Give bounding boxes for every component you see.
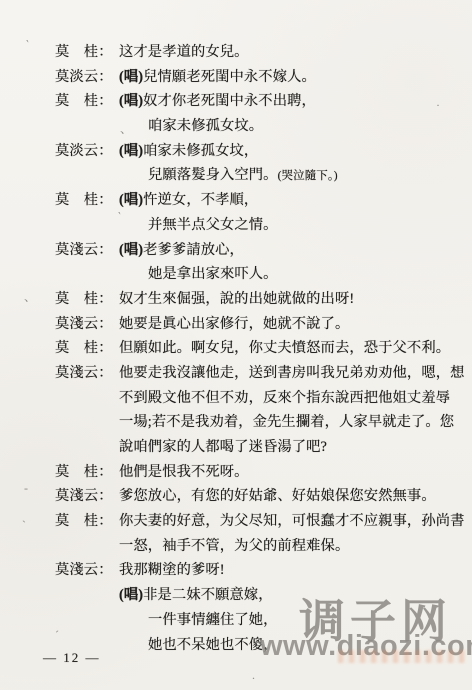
line-text: 說咱們家的人都喝了迷昏湯了吧? bbox=[119, 439, 327, 455]
line-text: 她要是眞心出家修行，她就不說了。 bbox=[119, 316, 349, 332]
line-text: 他要走我沒讓他走，送到書房叫我兄弟劝劝他，嗯，想 bbox=[119, 365, 465, 381]
line-text: 奴才生來倔强，說的出她就做的出呀! bbox=[119, 291, 354, 307]
scan-artifact: ` bbox=[22, 518, 26, 533]
line-text: 她是拿出家來吓人。 bbox=[148, 266, 278, 282]
line-text: 这才是孝道的女兒。 bbox=[119, 44, 249, 60]
line-text: 咱家未修孤女坟。 bbox=[148, 118, 263, 134]
scan-artifact: 、 bbox=[24, 288, 36, 305]
script-line: 莫淺云：(唱)老爹爹請放心， bbox=[55, 238, 466, 263]
scan-artifact: · bbox=[436, 98, 440, 113]
scan-artifact: 、 bbox=[120, 120, 132, 137]
speaker-name: 莫淡云： bbox=[55, 65, 116, 90]
line-text: 我那糊塗的爹呀! bbox=[119, 562, 225, 578]
script-line: 莫 桂：奴才生來倔强，說的出她就做的出呀! bbox=[55, 287, 466, 312]
watermark-orange-smear bbox=[338, 650, 466, 663]
sing-cue: (唱) bbox=[119, 69, 143, 85]
line-text: 一場;若不是我劝着，金先生攔着，人家早就走了。您 bbox=[119, 414, 454, 430]
speaker-name: 莫淺云： bbox=[55, 312, 116, 337]
line-text: 但願如此。啊女兒，你丈夫憤怒而去，恐于父不利。 bbox=[119, 340, 450, 356]
speaker-name: 莫 桂： bbox=[55, 89, 116, 114]
script-line: 莫淺云：我那糊塗的爹呀! bbox=[55, 558, 466, 583]
sing-cue: (唱) bbox=[119, 587, 143, 603]
scan-page: 莫 桂：这才是孝道的女兒。 莫淡云：(唱)兒情願老死閨中永不嫁人。 莫 桂：(唱… bbox=[0, 0, 472, 690]
speaker-name: 莫 桂： bbox=[55, 509, 116, 534]
line-text: 不到殿文他不但不劝，反來个指东說西把他姐丈羞辱 bbox=[119, 390, 450, 406]
line-text: 你夫妻的好意，为父尽知，可恨蠢才不应親事，孙尚書 bbox=[119, 513, 465, 529]
script-line: 莫 桂：但願如此。啊女兒，你丈夫憤怒而去，恐于父不利。 bbox=[55, 336, 466, 361]
scan-artifact: . bbox=[252, 668, 255, 683]
script-line: 并無半点父女之情。 bbox=[55, 213, 466, 238]
script-line: 兒願落髮身入空門。(哭泣隨下。) bbox=[55, 163, 466, 188]
scan-artifact: ‵ bbox=[118, 210, 121, 225]
line-text: 老爹爹請放心， bbox=[143, 242, 244, 258]
line-text: 奴才你老死閨中永不出聘， bbox=[143, 93, 316, 109]
script-line: 莫淺云：她要是眞心出家修行，她就不說了。 bbox=[55, 312, 466, 337]
script-line: 咱家未修孤女坟。 bbox=[55, 114, 466, 139]
speaker-name: 莫 桂： bbox=[55, 460, 116, 485]
script-line: 莫 桂：(唱)奴才你老死閨中永不出聘， bbox=[55, 89, 466, 114]
script-line: 說咱們家的人都喝了迷昏湯了吧? bbox=[55, 435, 466, 460]
script-line: 不到殿文他不但不劝，反來个指东說西把他姐丈羞辱 bbox=[55, 386, 466, 411]
script-line: 莫 桂：这才是孝道的女兒。 bbox=[55, 40, 466, 65]
script-line: 莫淺云：爹您放心，有您的好姑爺、好姑娘保您安然無事。 bbox=[55, 484, 466, 509]
scan-artifact: - bbox=[24, 481, 28, 496]
speaker-name: 莫淺云： bbox=[55, 558, 116, 583]
line-text: 兒情願老死閨中永不嫁人。 bbox=[143, 69, 316, 85]
line-text: 爹您放心，有您的好姑爺、好姑娘保您安然無事。 bbox=[119, 488, 436, 504]
sing-cue: (唱) bbox=[119, 93, 143, 109]
script-line: 莫淡云：(唱)兒情願老死閨中永不嫁人。 bbox=[55, 65, 466, 90]
stage-note: (哭泣隨下。) bbox=[278, 170, 338, 182]
sing-cue: (唱) bbox=[119, 242, 143, 258]
line-text: 她也不呆她也不傻， bbox=[148, 637, 278, 653]
script-line: 莫淡云：(唱)咱家未修孤女坟， bbox=[55, 139, 466, 164]
speaker-name: 莫 桂： bbox=[55, 40, 116, 65]
speaker-name: 莫 桂： bbox=[55, 336, 116, 361]
line-text: 非是二妹不願意嫁， bbox=[143, 587, 273, 603]
script-line: 莫淺云：他要走我沒讓他走，送到書房叫我兄弟劝劝他，嗯，想 bbox=[55, 361, 466, 386]
line-text: 忤逆女，不孝順， bbox=[143, 192, 258, 208]
line-text: 兒願落髮身入空門。 bbox=[148, 167, 278, 183]
script-lines: 莫 桂：这才是孝道的女兒。 莫淡云：(唱)兒情願老死閨中永不嫁人。 莫 桂：(唱… bbox=[55, 40, 466, 657]
speaker-name: 莫 桂： bbox=[55, 287, 116, 312]
speaker-name: 莫 桂： bbox=[55, 188, 116, 213]
script-line: 莫 桂：(唱)忤逆女，不孝順， bbox=[55, 188, 466, 213]
script-line: 莫 桂：他們是恨我不死呀。 bbox=[55, 460, 466, 485]
scan-artifact: ‵ bbox=[26, 38, 29, 53]
scan-artifact: ˊ bbox=[55, 628, 59, 643]
speaker-name: 莫淺云： bbox=[55, 484, 116, 509]
sing-cue: (唱) bbox=[119, 143, 143, 159]
line-text: 一件事情纏住了她， bbox=[148, 612, 278, 628]
script-line: 一場;若不是我劝着，金先生攔着，人家早就走了。您 bbox=[55, 410, 466, 435]
script-line: 莫 桂：你夫妻的好意，为父尽知，可恨蠢才不应親事，孙尚書 bbox=[55, 509, 466, 534]
page-number: — 12 — bbox=[43, 650, 101, 666]
speaker-name: 莫淺云： bbox=[55, 238, 116, 263]
line-text: 他們是恨我不死呀。 bbox=[119, 464, 249, 480]
speaker-name: 莫淡云： bbox=[55, 139, 116, 164]
script-line: 她是拿出家來吓人。 bbox=[55, 262, 466, 287]
speaker-name: 莫淺云： bbox=[55, 361, 116, 386]
line-text: 并無半点父女之情。 bbox=[148, 217, 278, 233]
sing-cue: (唱) bbox=[119, 192, 143, 208]
line-text: 一怒，袖手不管，为父的前程难保。 bbox=[119, 538, 349, 554]
script-line: 一怒，袖手不管，为父的前程难保。 bbox=[55, 534, 466, 559]
line-text: 咱家未修孤女坟， bbox=[143, 143, 258, 159]
